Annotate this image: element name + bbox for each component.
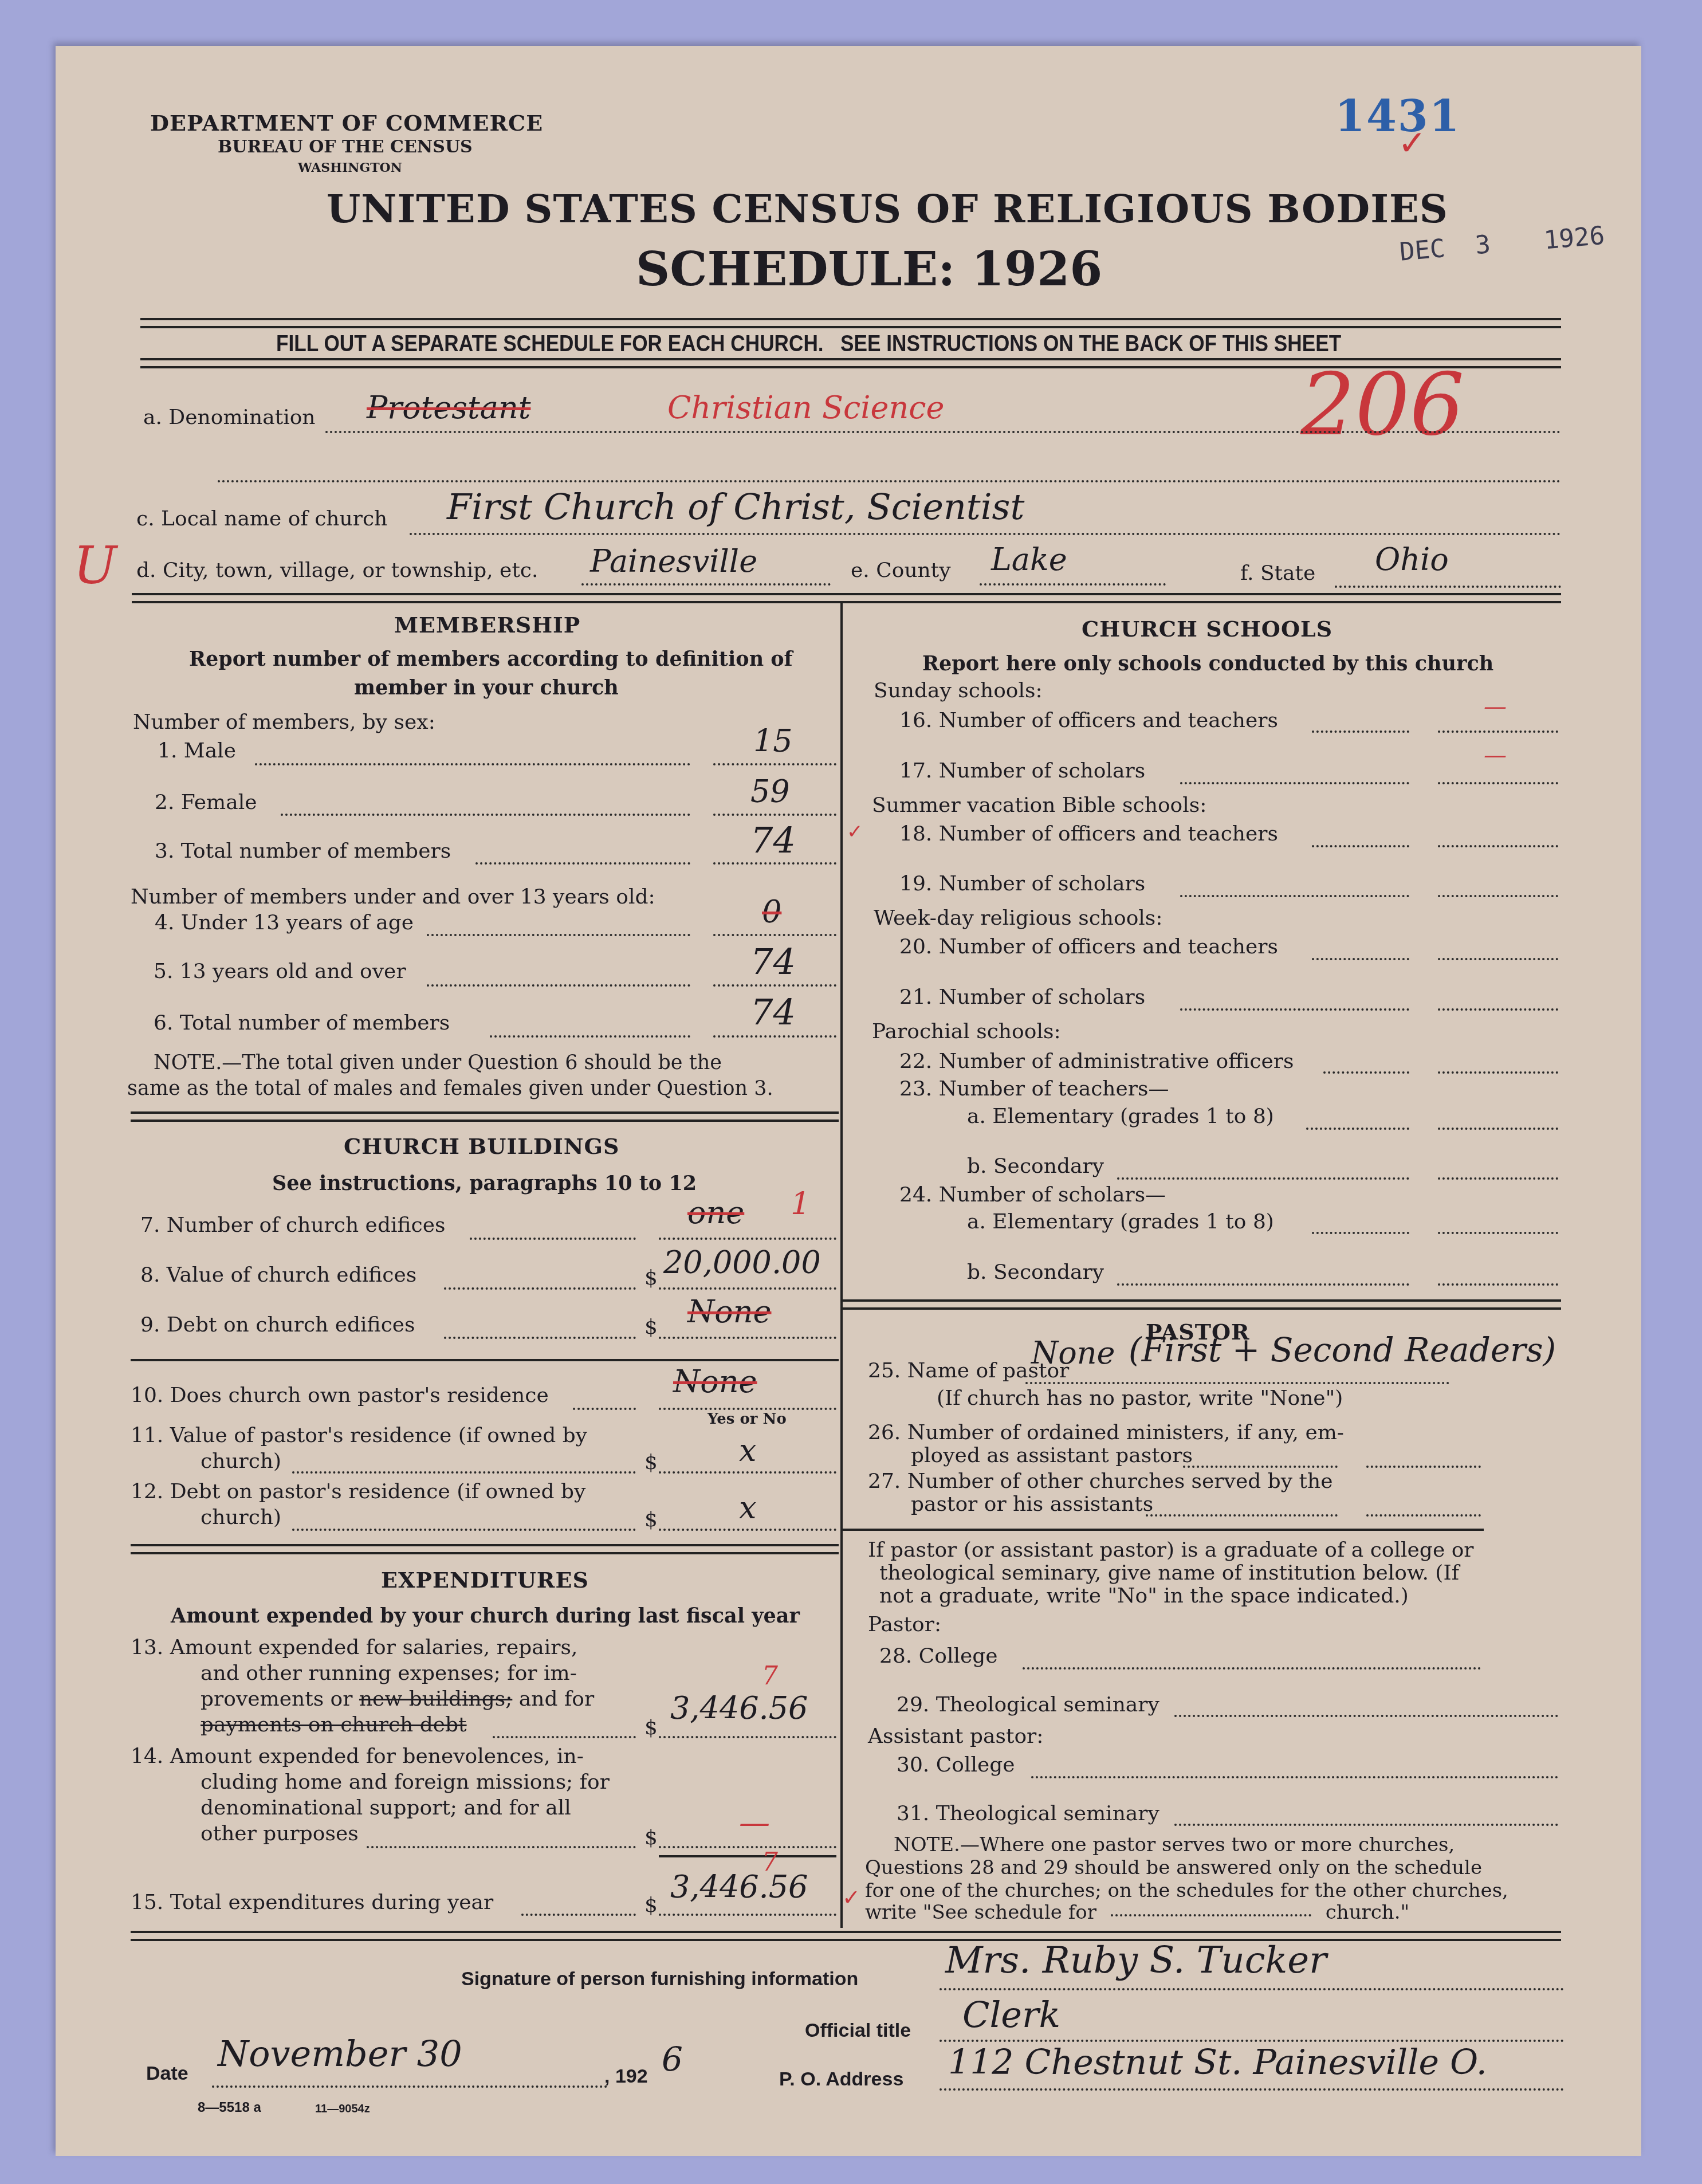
school-item-24b-dots (1117, 1283, 1409, 1286)
schools-heading: CHURCH SCHOOLS (1082, 616, 1332, 642)
by-sex-label: Number of members, by sex: (133, 710, 435, 734)
total-members-6-field-line (713, 1035, 836, 1038)
sunday-schools-label: Sunday schools: (874, 679, 1043, 702)
q29-field-line (1174, 1715, 1558, 1717)
item14-line1: 14. Amount expended for benevolences, in… (131, 1745, 584, 1768)
item14-line2: cluding home and foreign missions; for (201, 1770, 610, 1794)
total-members-field-line (713, 862, 836, 865)
residence-owned-field-line (659, 1408, 836, 1410)
county-field-line (980, 583, 1166, 586)
school-item-17-dots (1180, 782, 1409, 784)
department-name: DEPARTMENT OF COMMERCE (150, 110, 563, 136)
identity-rule (132, 593, 1561, 603)
edifices-count-label: 7. Number of church edifices (140, 1213, 445, 1237)
blank-field-line (218, 480, 1561, 482)
city-label: d. City, town, village, or township, etc… (136, 559, 538, 582)
schools-subheading: Report here only schools conducted by th… (922, 652, 1493, 675)
item13-value[interactable]: 3,446.56 (670, 1690, 808, 1726)
pastor-note-4: write "See schedule for church." (865, 1901, 1409, 1924)
residence-owned-label: 10. Does church own pastor's residence (131, 1384, 549, 1407)
city-value[interactable]: Painesville (590, 543, 757, 579)
edifices-count-value[interactable]: one (687, 1195, 744, 1231)
q29-label: 29. Theological seminary (897, 1693, 1159, 1716)
red-code: 206 (1300, 355, 1464, 455)
residence-debt-dollar: $ (644, 1508, 658, 1531)
item13-dollar: $ (644, 1716, 658, 1739)
edifices-debt-dollar: $ (644, 1315, 658, 1339)
school-item-23b-dots (1117, 1177, 1409, 1180)
pastor-note-1: NOTE.—Where one pastor serves two or mor… (894, 1833, 1455, 1856)
pastor-name-field-line (1025, 1382, 1449, 1384)
signature-value[interactable]: Mrs. Ruby S. Tucker (945, 1939, 1327, 1982)
summer-schools-label: Summer vacation Bible schools: (872, 794, 1206, 817)
department-header: DEPARTMENT OF COMMERCE BUREAU OF THE CEN… (150, 110, 563, 175)
q31-field-line (1174, 1824, 1558, 1826)
school-item-23a-label: a. Elementary (grades 1 to 8) (967, 1105, 1274, 1128)
school-item-17-value[interactable]: — (1484, 742, 1507, 768)
buildings-rule (131, 1544, 839, 1554)
expenditures-heading: EXPENDITURES (381, 1567, 589, 1593)
school-item-20-field-line (1438, 958, 1558, 960)
expenditures-subheading: Amount expended by your church during la… (171, 1604, 800, 1628)
school-item-23a-dots (1306, 1128, 1409, 1130)
residence-owned-value[interactable]: None (673, 1364, 757, 1400)
item14-line4: other purposes (201, 1822, 359, 1845)
school-item-23b-field-line (1438, 1177, 1558, 1180)
school-item-21-dots (1180, 1008, 1409, 1011)
buildings-heading: CHURCH BUILDINGS (344, 1133, 619, 1159)
school-item-23b-label: b. Secondary (967, 1154, 1104, 1178)
total-members-6-label: 6. Total number of members (154, 1011, 450, 1035)
item14-dots (367, 1846, 636, 1848)
date-label: Date (146, 2063, 188, 2085)
q31-label: 31. Theological seminary (897, 1802, 1159, 1825)
pastor-note-4b: church." (1326, 1901, 1409, 1924)
schedule-title: SCHEDULE: 1926 (636, 242, 1102, 297)
local-name-field-line (410, 533, 1561, 535)
under-13-dots (427, 934, 690, 936)
yes-or-no-hint: Yes or No (707, 1411, 787, 1428)
residence-value-field-line (659, 1471, 836, 1474)
membership-subheading-1: Report number of members according to de… (189, 647, 793, 671)
male-dots (255, 763, 690, 765)
denomination-struck-value: Protestant (367, 390, 530, 426)
po-address-field-line (940, 2088, 1564, 2091)
residence-debt-label-1: 12. Debt on pastor's residence (if owned… (131, 1480, 585, 1503)
item13-line3a: provements or (201, 1687, 359, 1711)
signature-label: Signature of person furnishing informati… (461, 1968, 858, 1990)
pastor-note-3: for one of the churches; on the schedule… (865, 1879, 1508, 1902)
over-13-value[interactable]: 74 (750, 941, 796, 983)
state-label: f. State (1240, 561, 1315, 585)
lower-rule (131, 1931, 1561, 1941)
school-item-17-field-line (1438, 782, 1558, 784)
residence-debt-label-2: church) (201, 1506, 281, 1529)
membership-note-1: NOTE.—The total given under Question 6 s… (154, 1051, 722, 1074)
item15-dollar: $ (644, 1894, 658, 1917)
form-title: UNITED STATES CENSUS OF RELIGIOUS BODIES (327, 186, 1448, 232)
edifices-debt-value[interactable]: None (687, 1294, 772, 1330)
school-item-24b-label: b. Secondary (967, 1260, 1104, 1284)
separate-schedule-instruction: FILL OUT A SEPARATE SCHEDULE FOR EACH CH… (276, 331, 1341, 357)
edifices-count-field-line (659, 1238, 836, 1240)
female-value[interactable]: 59 (750, 773, 790, 810)
female-dots (281, 814, 690, 816)
item14-line3: denominational support; and for all (201, 1796, 571, 1820)
header-rule-top (140, 318, 1561, 328)
item14-dollar: $ (644, 1826, 658, 1849)
item14-field-line (659, 1846, 836, 1848)
denomination-value[interactable]: Christian Science (667, 390, 944, 426)
residence-debt-dots (292, 1529, 636, 1531)
item13-line3b: and for (512, 1687, 594, 1711)
received-date-stamp-year: 1926 (1543, 221, 1606, 255)
residence-value-value[interactable]: x (739, 1432, 756, 1468)
over-13-field-line (713, 984, 836, 987)
form-code-2: 11—9054z (315, 2103, 370, 2116)
total-members-6-dots (490, 1035, 690, 1038)
state-value[interactable]: Ohio (1375, 541, 1449, 578)
buildings-subheading: See instructions, paragraphs 10 to 12 (272, 1172, 697, 1195)
year-suffix[interactable]: 6 (662, 2040, 683, 2079)
school-item-16-dots (1312, 730, 1409, 733)
check-mark-icon: ✓ (1398, 123, 1426, 163)
pastor-name-value[interactable]: None (1031, 1335, 1115, 1371)
school-item-18-field-line (1438, 845, 1558, 847)
edifices-count-correction: 1 (791, 1186, 810, 1222)
school-item-24a-label: a. Elementary (grades 1 to 8) (967, 1210, 1274, 1234)
school-item-17-label: 17. Number of scholars (899, 759, 1145, 783)
pastor-name-hint: (If church has no pastor, write "None") (937, 1386, 1343, 1410)
date-field-line (212, 2085, 607, 2088)
pastor-sub-label: Pastor: (868, 1613, 941, 1636)
q28-field-line (1023, 1667, 1481, 1670)
membership-rule (131, 1111, 839, 1122)
school-item-23-label: 23. Number of teachers— (899, 1077, 1169, 1101)
item14-value[interactable]: — (739, 1805, 770, 1841)
edifices-debt-field-line (659, 1337, 836, 1339)
q26-line1: 26. Number of ordained ministers, if any… (868, 1421, 1344, 1444)
item13-line3: provements or new buildings; and for (201, 1687, 594, 1711)
buildings-mid-rule (131, 1359, 839, 1361)
item15-label: 15. Total expenditures during year (131, 1891, 493, 1914)
column-divider (840, 602, 843, 1928)
edifices-debt-dots (444, 1337, 636, 1339)
item15-dots (521, 1914, 636, 1916)
q26-field-line (1366, 1466, 1481, 1468)
male-label: 1. Male (158, 739, 236, 763)
official-title-label: Official title (805, 2020, 911, 2042)
graduate-note-2: theological seminary, give name of insti… (879, 1561, 1459, 1585)
school-item-24b-field-line (1438, 1283, 1558, 1286)
residence-owned-dots (573, 1408, 636, 1410)
schools-rule (842, 1299, 1561, 1310)
residence-value-label-1: 11. Value of pastor's residence (if owne… (131, 1424, 587, 1447)
under-13-value[interactable]: 0 (762, 894, 781, 930)
under-13-label: 4. Under 13 years of age (155, 911, 414, 934)
female-field-line (713, 814, 836, 816)
school-item-21-label: 21. Number of scholars (899, 985, 1145, 1009)
official-title-value[interactable]: Clerk (962, 1994, 1060, 2036)
city-field-line (581, 583, 831, 586)
edifices-count-dots (470, 1238, 636, 1240)
edifices-value-dollar: $ (644, 1266, 658, 1290)
date-value[interactable]: November 30 (218, 2033, 462, 2075)
female-label: 2. Female (155, 791, 257, 814)
membership-note-2: same as the total of males and females g… (127, 1077, 773, 1100)
edifices-debt-label: 9. Debt on church edifices (140, 1313, 415, 1337)
pastor-note-4a: write "See schedule for (865, 1901, 1096, 1924)
see-schedule-field-line (1111, 1914, 1311, 1916)
item13-struck-new-buildings: new buildings; (359, 1687, 512, 1711)
item15-field-line (659, 1914, 836, 1916)
residence-value-dots (292, 1471, 636, 1474)
edifices-value-label: 8. Value of church edifices (140, 1263, 416, 1287)
school-item-20-dots (1312, 958, 1409, 960)
residence-debt-value[interactable]: x (739, 1490, 756, 1526)
county-label: e. County (851, 559, 951, 582)
school-item-23a-field-line (1438, 1128, 1558, 1130)
total-members-value[interactable]: 74 (750, 819, 796, 861)
assistant-pastor-label: Assistant pastor: (868, 1725, 1043, 1748)
school-item-16-label: 16. Number of officers and teachers (899, 709, 1278, 732)
q27-dots (1146, 1514, 1338, 1517)
margin-u-mark: U (73, 536, 117, 596)
school-item-24-label: 24. Number of scholars— (899, 1183, 1166, 1207)
check-mark-icon: ✓ (842, 1885, 860, 1910)
item15-value[interactable]: 3,446.56 (670, 1869, 808, 1905)
item13-dots (493, 1736, 636, 1738)
q30-field-line (1031, 1776, 1558, 1778)
school-item-22-dots (1323, 1071, 1409, 1074)
year-prefix: , 192 (604, 2065, 648, 2088)
pastor-rule (842, 1529, 1484, 1531)
q26-dots (1183, 1466, 1338, 1468)
local-name-label: c. Local name of church (136, 507, 387, 531)
membership-subheading-2: member in your church (354, 676, 619, 700)
denomination-label: a. Denomination (143, 406, 316, 429)
school-item-19-field-line (1438, 895, 1558, 897)
q30-label: 30. College (897, 1753, 1015, 1777)
po-address-label: P. O. Address (779, 2068, 903, 2091)
q27-line1: 27. Number of other churches served by t… (868, 1470, 1332, 1493)
city-name: WASHINGTON (298, 160, 563, 175)
edifices-value-dots (444, 1287, 636, 1290)
graduate-note-3: not a graduate, write "No" in the space … (879, 1584, 1409, 1608)
school-item-16-value[interactable]: — (1484, 693, 1507, 720)
school-item-21-field-line (1438, 1008, 1558, 1011)
male-value[interactable]: 15 (753, 723, 793, 759)
po-address-value[interactable]: 112 Chestnut St. Painesville O. (948, 2042, 1487, 2083)
denomination-field-line (325, 431, 1561, 433)
edifices-value-field-line (659, 1287, 836, 1290)
parochial-schools-label: Parochial schools: (872, 1020, 1061, 1043)
school-item-19-dots (1180, 895, 1409, 897)
total-members-6-value[interactable]: 74 (750, 991, 796, 1033)
school-item-20-label: 20. Number of officers and teachers (899, 935, 1278, 959)
item13-line2: and other running expenses; for im- (201, 1661, 577, 1685)
item13-line1: 13. Amount expended for salaries, repair… (131, 1636, 577, 1659)
under-13-field-line (713, 934, 836, 936)
item13-correction: 7 (762, 1661, 778, 1691)
graduate-note-1: If pastor (or assistant pastor) is a gra… (868, 1538, 1474, 1562)
school-item-16-field-line (1438, 730, 1558, 733)
school-item-24a-dots (1312, 1232, 1409, 1234)
q27-field-line (1366, 1514, 1481, 1517)
school-item-18-label: 18. Number of officers and teachers (899, 822, 1278, 846)
item14-total-rule (659, 1855, 836, 1857)
total-members-dots (475, 862, 690, 865)
school-item-18-dots (1312, 845, 1409, 847)
official-title-field-line (940, 2040, 1564, 2042)
item13-struck-church-debt: payments on church debt (201, 1713, 467, 1737)
signature-field-line (940, 1988, 1564, 1990)
check-mark-icon: ✓ (847, 820, 863, 843)
over-13-dots (427, 984, 690, 987)
male-field-line (713, 763, 836, 765)
membership-heading: MEMBERSHIP (394, 612, 580, 638)
school-item-22-label: 22. Number of administrative officers (899, 1050, 1294, 1073)
q28-label: 28. College (879, 1644, 998, 1668)
over-13-label: 5. 13 years old and over (154, 960, 406, 983)
bureau-name: BUREAU OF THE CENSUS (218, 137, 563, 157)
form-code-1: 8—5518 a (198, 2100, 261, 2116)
pastor-name-note: (First + Second Readers) (1129, 1330, 1556, 1369)
q26-line2: ployed as assistant pastors (911, 1444, 1193, 1467)
residence-debt-field-line (659, 1529, 836, 1531)
total-members-label: 3. Total number of members (155, 839, 451, 863)
by-age-label: Number of members under and over 13 year… (131, 885, 655, 909)
edifices-value-value[interactable]: 20,000.00 (663, 1244, 821, 1280)
school-item-19-label: 19. Number of scholars (899, 872, 1145, 895)
school-item-24a-field-line (1438, 1232, 1558, 1234)
weekday-schools-label: Week-day religious schools: (874, 906, 1162, 930)
school-item-22-field-line (1438, 1071, 1558, 1074)
item13-field-line (659, 1736, 836, 1738)
pastor-note-2: Questions 28 and 29 should be answered o… (865, 1856, 1482, 1879)
local-name-value[interactable]: First Church of Christ, Scientist (447, 486, 1024, 528)
state-field-line (1335, 586, 1561, 588)
residence-value-dollar: $ (644, 1451, 658, 1474)
item15-correction: 7 (762, 1848, 778, 1877)
q27-line2: pastor or his assistants (911, 1492, 1153, 1516)
county-value[interactable]: Lake (991, 541, 1067, 578)
residence-value-label-2: church) (201, 1450, 281, 1473)
